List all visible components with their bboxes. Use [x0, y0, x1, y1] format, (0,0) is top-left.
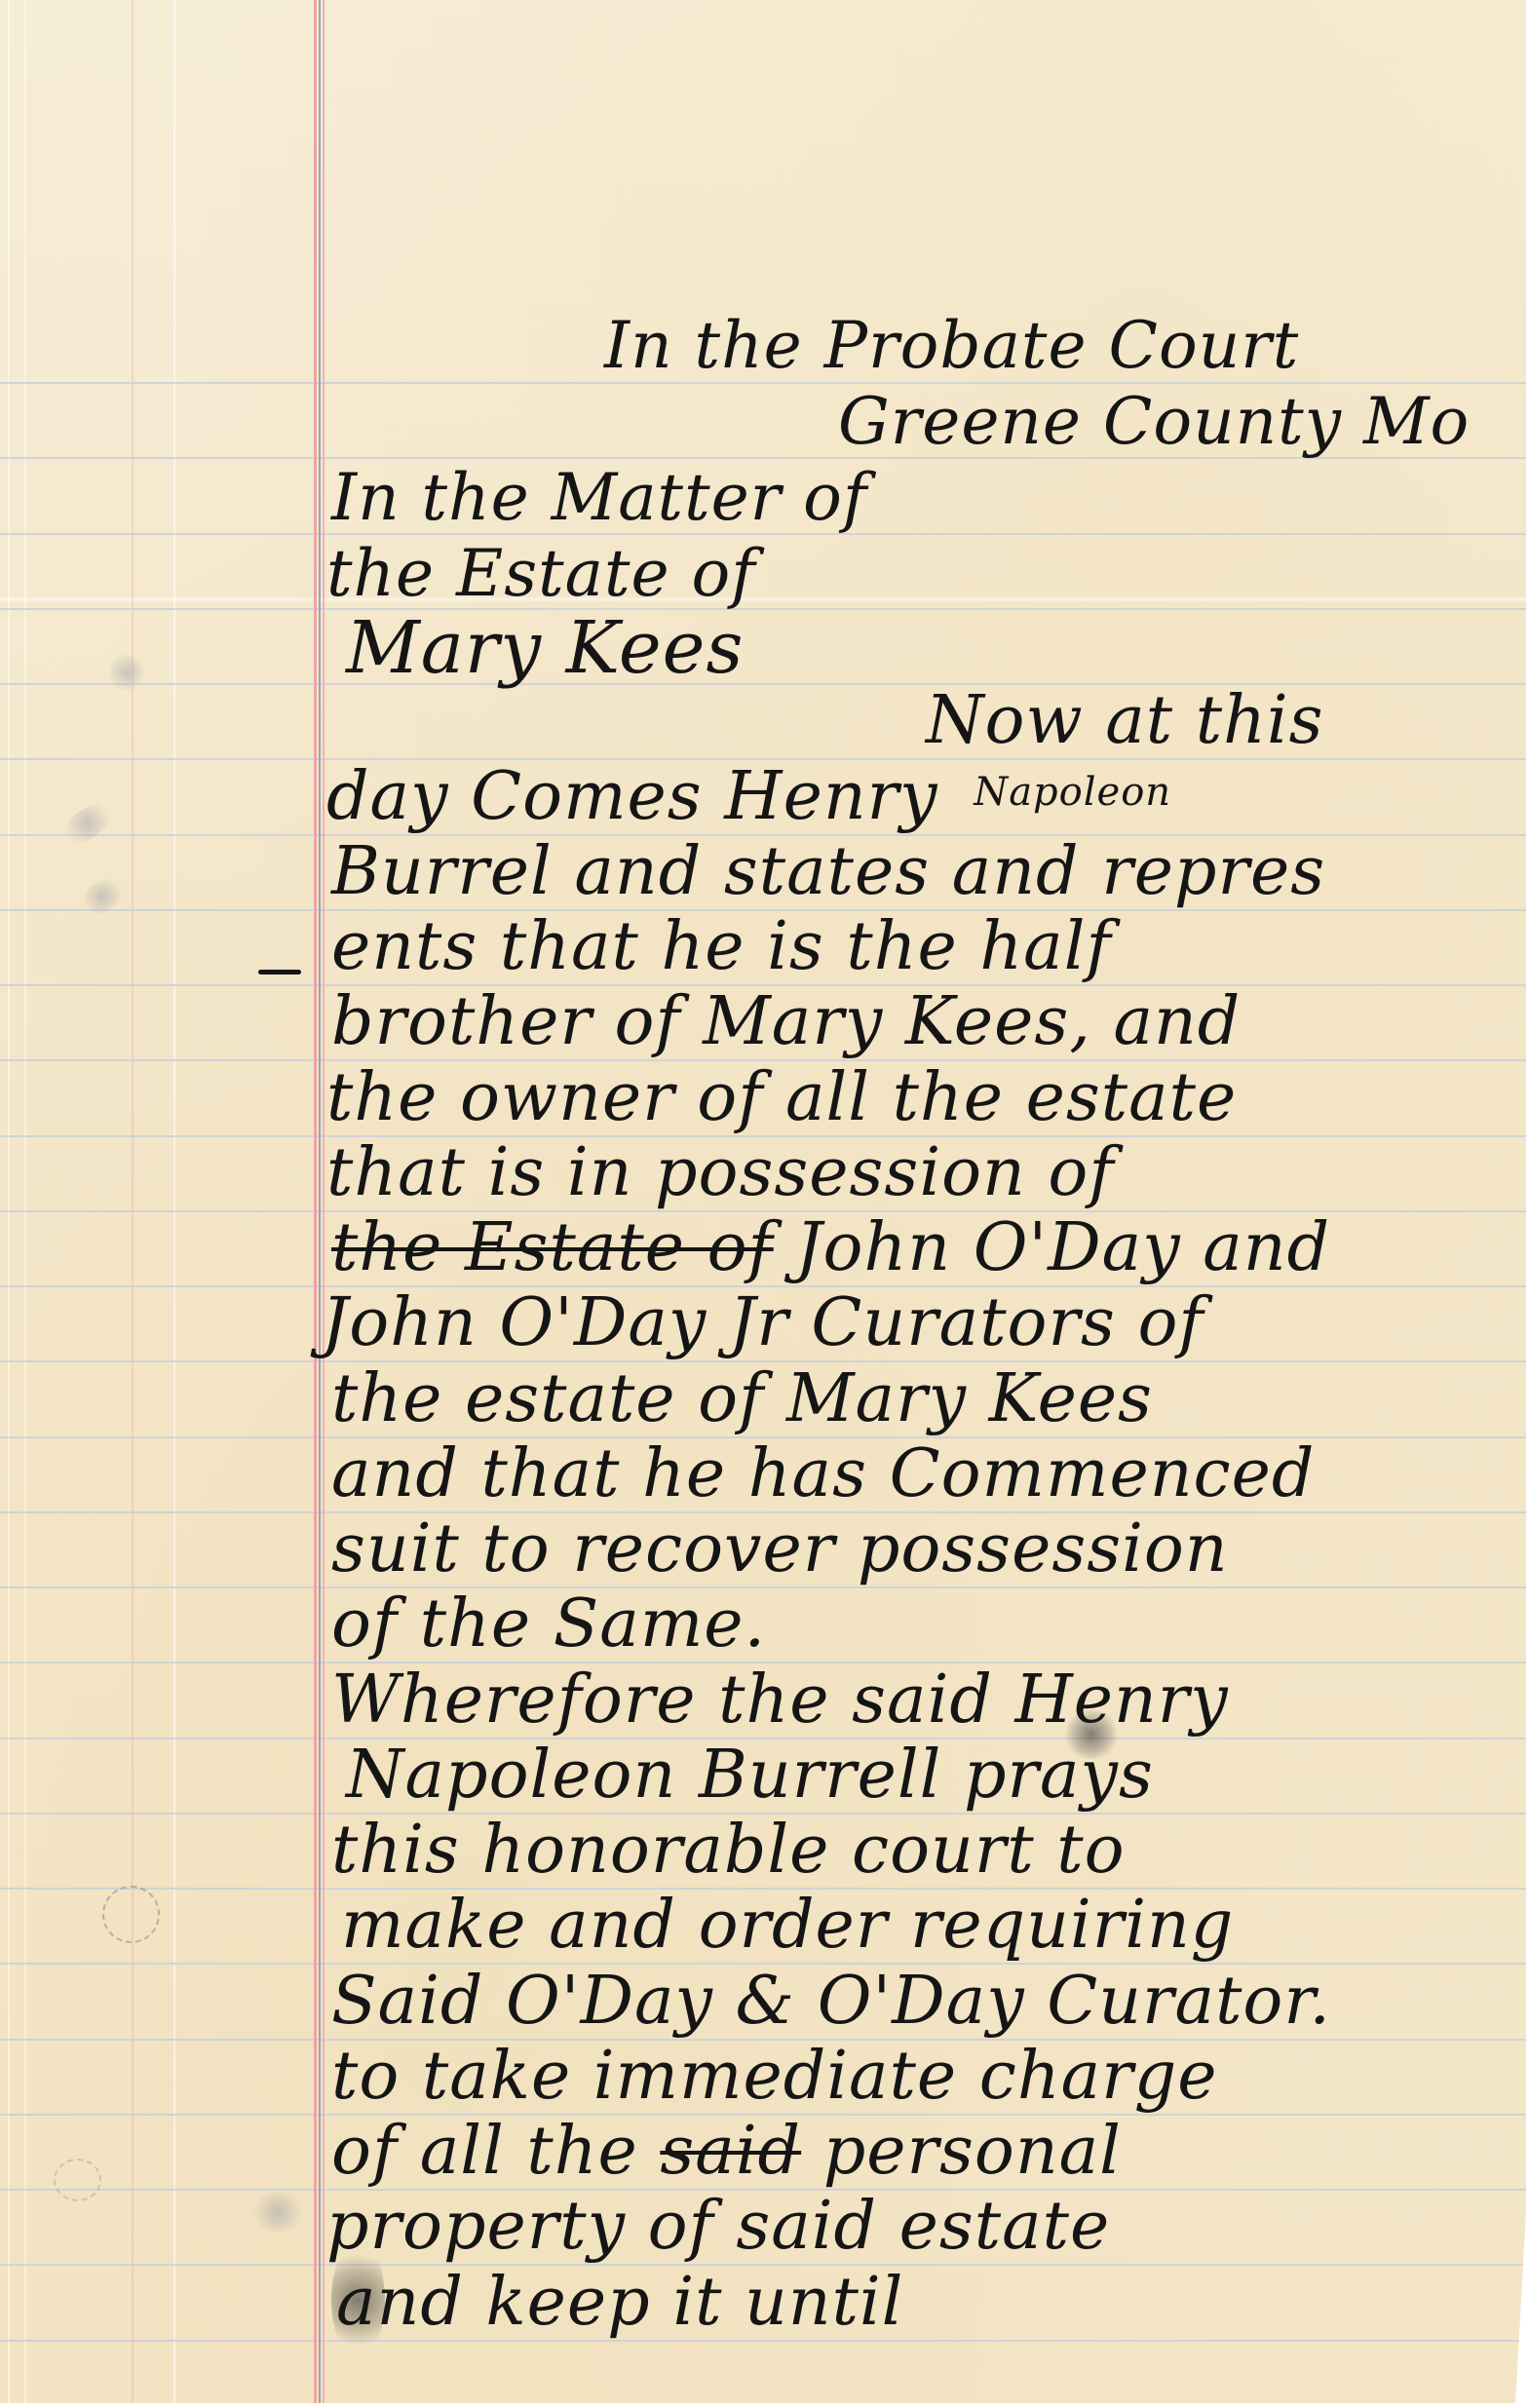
body-line: Wherefore the said Henry: [331, 1667, 1229, 1734]
body-line: the Estate of John O'Day and: [331, 1215, 1330, 1281]
body-line: brother of Mary Kees, and: [331, 989, 1241, 1055]
body-line-text: day Comes Henry: [326, 758, 938, 835]
pencil-mark: [74, 870, 131, 922]
body-line: John O'Day Jr Curators of: [322, 1290, 1204, 1357]
superscript-napoleon: Napoleon: [974, 770, 1171, 815]
body-line-text: John O'Day and: [795, 1209, 1330, 1286]
margin-line-red: [323, 0, 325, 2403]
county-heading: Greene County Mo: [838, 390, 1470, 454]
ruled-line: [0, 608, 1526, 610]
body-line: the estate of Mary Kees: [331, 1366, 1153, 1433]
struck-text: said: [660, 2113, 801, 2190]
body-line: suit to recover possession: [331, 1516, 1229, 1583]
body-line-text: of all the: [331, 2113, 638, 2190]
ink-ring-mark: [102, 1886, 160, 1943]
margin-dash-mark: [258, 970, 301, 975]
faint-margin-line: [173, 0, 175, 2403]
margin-line-blue: [319, 0, 321, 2403]
body-line: and keep it until: [336, 2270, 903, 2336]
margin-line-red: [314, 0, 317, 2403]
struck-text: the Estate of: [331, 1209, 774, 1286]
paper-edge-band: [24, 0, 26, 2403]
paper-edge-band: [8, 0, 10, 2403]
body-line: that is in possession of: [326, 1140, 1115, 1206]
body-line: ents that he is the half: [331, 914, 1112, 980]
caption-estate-of: the Estate of: [326, 542, 756, 606]
body-line: Said O'Day & O'Day Curator.: [331, 1968, 1331, 2035]
paper-fold: [0, 596, 1526, 602]
body-line: and that he has Commenced: [331, 1441, 1315, 1508]
body-line: Burrel and states and repres: [331, 839, 1325, 905]
court-heading: In the Probate Court: [604, 314, 1299, 378]
body-line: Napoleon Burrell prays: [346, 1742, 1154, 1809]
body-line: Now at this: [926, 688, 1324, 754]
body-line: property of said estate: [326, 2194, 1110, 2260]
body-line: day Comes Henry Napoleon: [326, 764, 1171, 830]
body-line: of the Same.: [331, 1591, 766, 1658]
pencil-mark: [56, 795, 120, 853]
paper-sheet: In the Probate Court Greene County Mo In…: [0, 0, 1526, 2403]
faint-margin-line: [132, 0, 134, 2403]
body-line: this honorable court to: [331, 1817, 1126, 1884]
pencil-mark: [248, 2193, 307, 2232]
body-line: make and order requiring: [341, 1892, 1234, 1959]
ink-ring-mark: [54, 2159, 101, 2201]
body-line: the owner of all the estate: [326, 1065, 1237, 1131]
caption-decedent-name: Mary Kees: [346, 612, 744, 684]
body-line-text: personal: [823, 2113, 1122, 2190]
caption-in-the-matter: In the Matter of: [331, 466, 867, 530]
pencil-mark: [107, 653, 146, 692]
body-line: of all the said personal: [331, 2119, 1122, 2185]
body-line: to take immediate charge: [331, 2044, 1217, 2110]
